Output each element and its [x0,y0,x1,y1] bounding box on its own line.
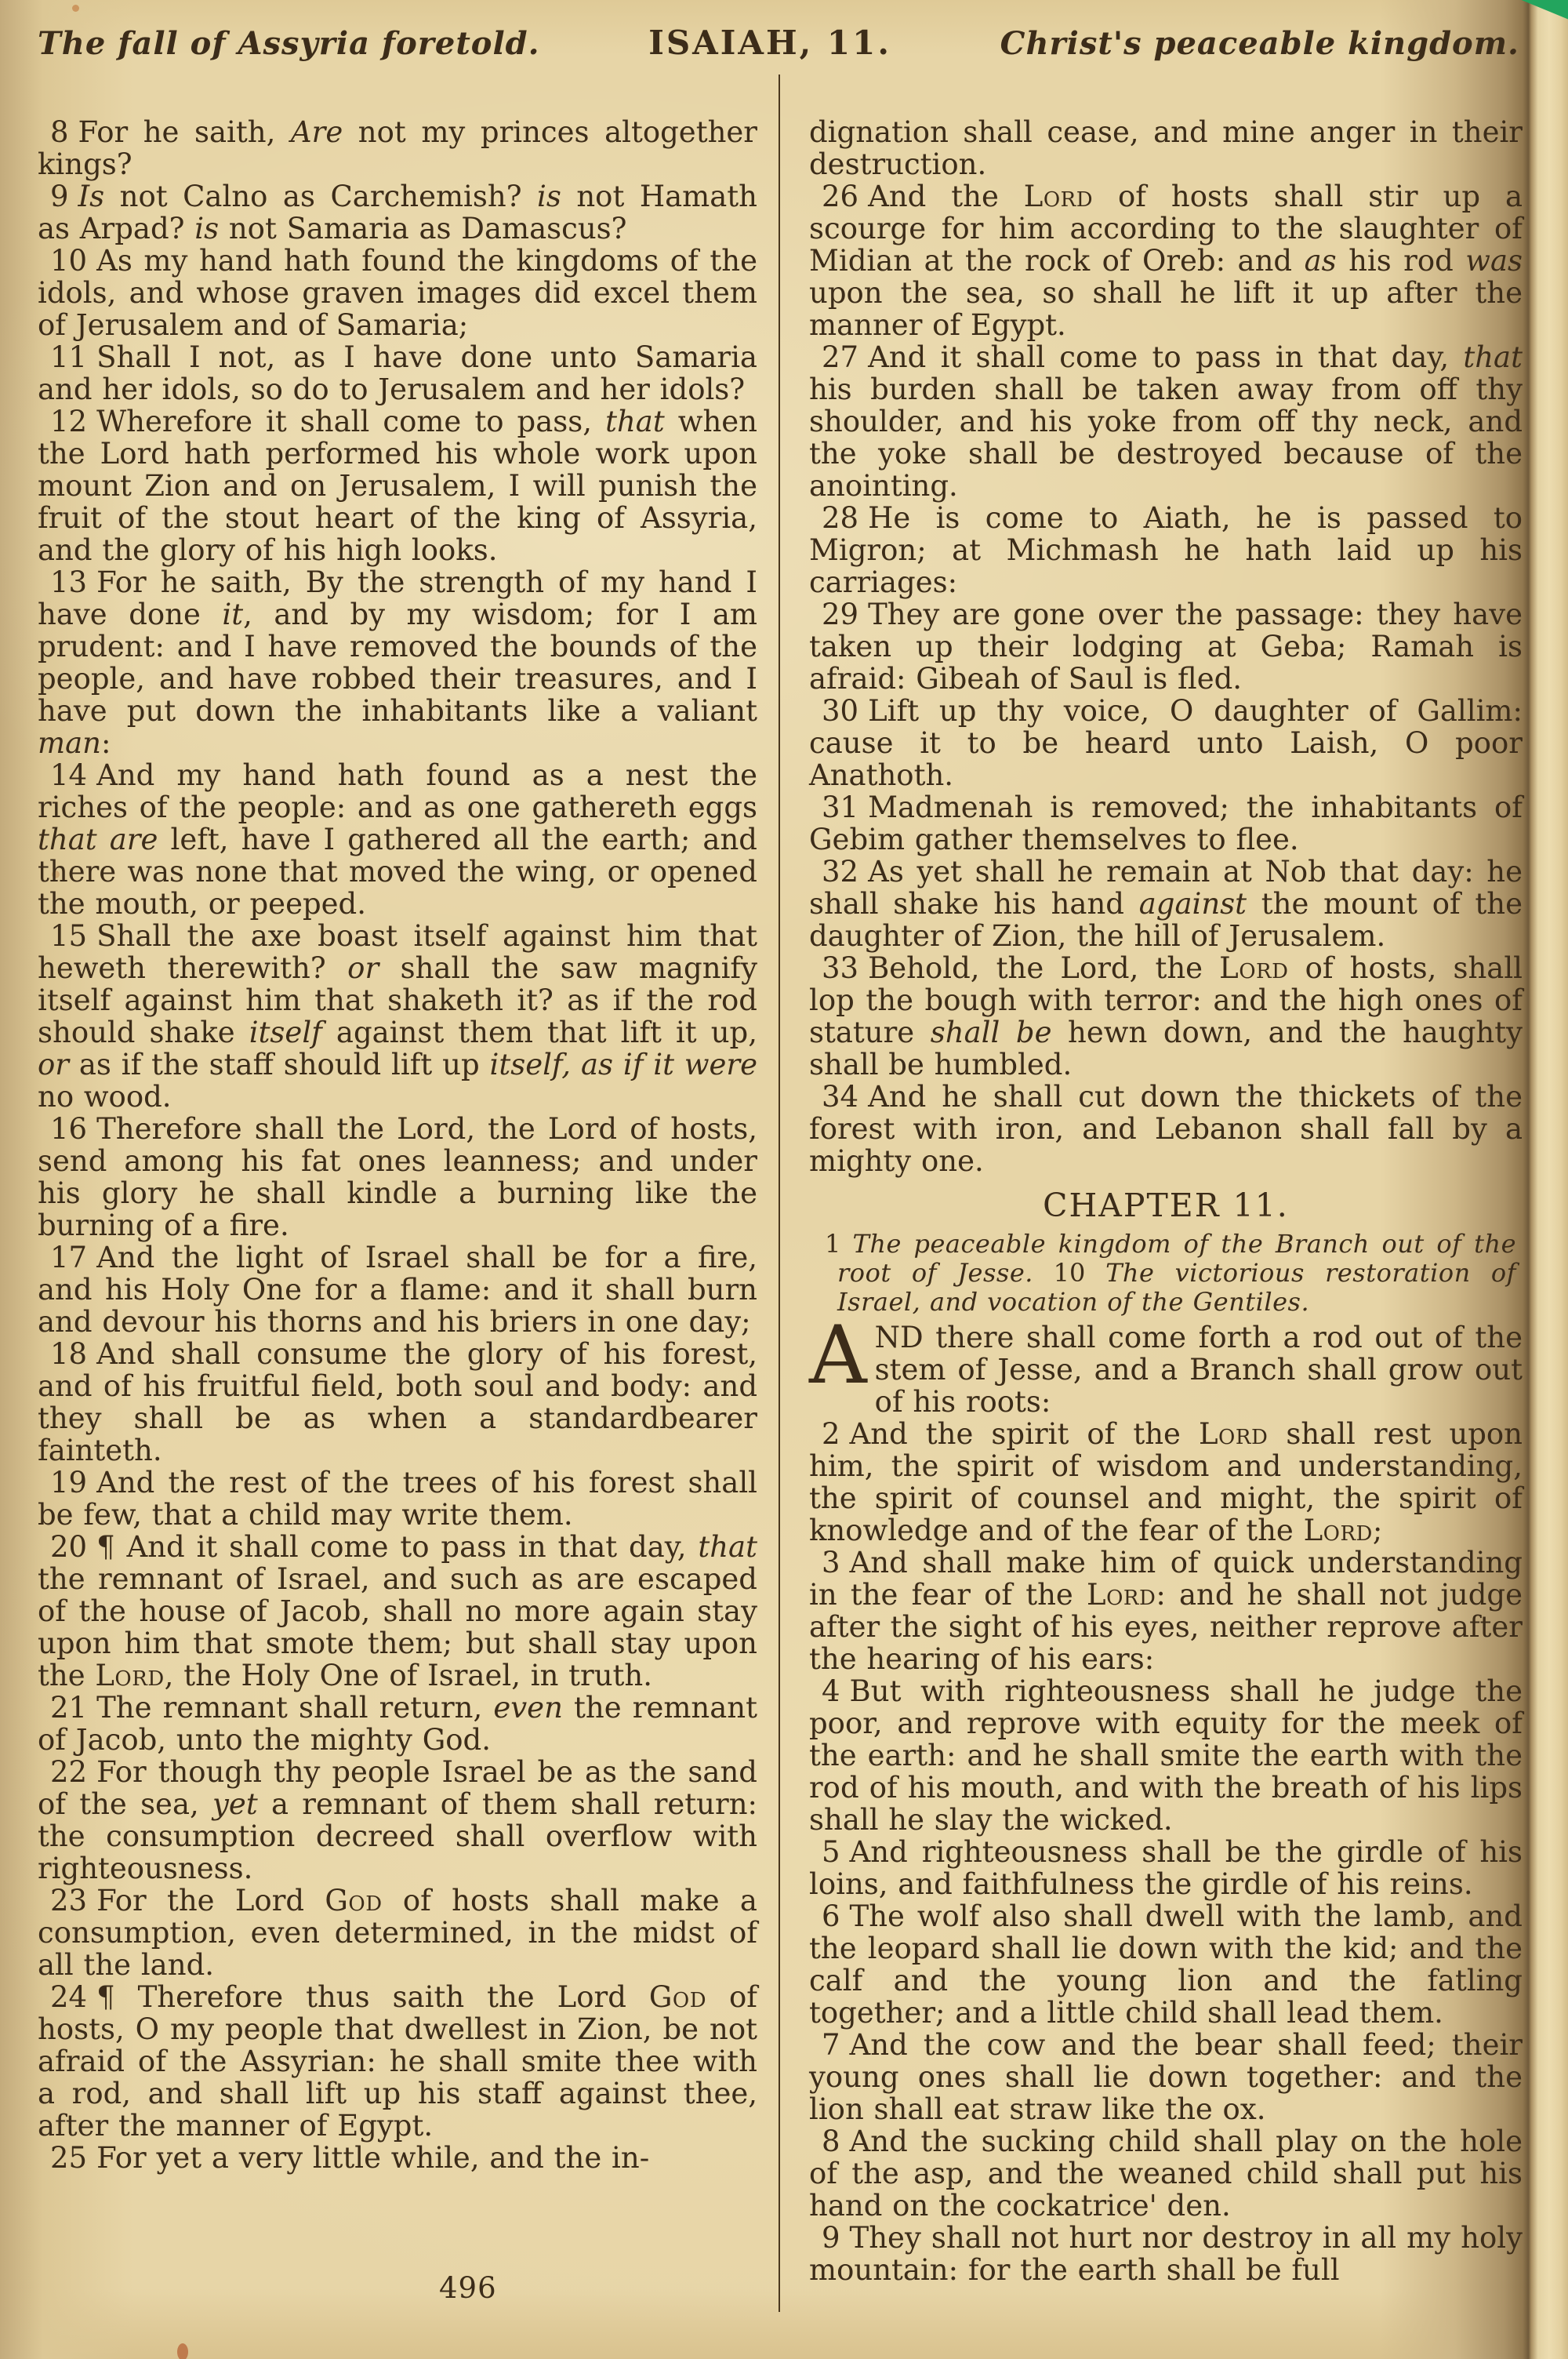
verse-number: 3 [822,1546,840,1579]
verse-text: The remnant shall return, even the remna… [38,1691,757,1757]
verse: 8And the sucking child shall play on the… [809,2125,1523,2222]
verse-number: 10 [50,244,87,278]
verse-number: 13 [50,565,87,599]
verse-text: And shall consume the glory of his fores… [38,1337,757,1467]
verse-number: 5 [822,1835,840,1869]
verse: 13For he saith, By the strength of my ha… [38,566,757,759]
verse-text: And it shall come to pass in that day, t… [809,340,1523,503]
verse: AND there shall come forth a rod out of … [809,1321,1523,1418]
left-text-column: 8For he saith, Are not my princes altoge… [38,116,757,2174]
verse: 12Wherefore it shall come to pass, that … [38,405,757,566]
verse: 2And the spirit of the Lord shall rest u… [809,1418,1523,1547]
verse-text: The wolf also shall dwell with the lamb,… [809,1899,1523,2030]
verse-text: And the cow and the bear shall feed; the… [809,2028,1523,2126]
verse-text: ¶ Therefore thus saith the Lord God of h… [38,1980,757,2143]
verse-text: But with righteousness shall he judge th… [809,1674,1523,1837]
verse: 8For he saith, Are not my princes altoge… [38,116,757,180]
verse: 24¶ Therefore thus saith the Lord God of… [38,1981,757,2142]
verse: 29They are gone over the passage: they h… [809,598,1523,695]
verse-number: 27 [822,340,858,374]
verse-text: Wherefore it shall come to pass, that wh… [38,405,757,567]
verse-number: 32 [822,855,858,889]
verse-text: CHAPTER 11. [1043,1187,1289,1224]
verse-text: Lift up thy voice, O daughter of Gallim:… [809,694,1523,792]
verse-text: Therefore shall the Lord, the Lord of ho… [38,1112,757,1242]
verse: 16Therefore shall the Lord, the Lord of … [38,1113,757,1241]
verse-text: And shall make him of quick understandin… [809,1546,1523,1676]
verse-number: 4 [822,1674,840,1708]
verse-text: Shall I not, as I have done unto Samaria… [38,340,757,406]
verse-text: And the rest of the trees of his forest … [38,1466,757,1532]
verse: 15Shall the axe boast itself against him… [38,920,757,1113]
verse-text: And he shall cut down the thickets of th… [809,1080,1523,1178]
verse-number: 9 [50,180,69,213]
verse: 11Shall I not, as I have done unto Samar… [38,341,757,405]
verse-text: They shall not hurt nor destroy in all m… [809,2221,1523,2287]
verse-text: Behold, the Lord, the Lord of hosts, sha… [809,951,1523,1081]
verse-text: Is not Calno as Carchemish? is not Hamat… [38,180,757,245]
verse: 27And it shall come to pass in that day,… [809,341,1523,502]
verse: 26And the Lord of hosts shall stir up a … [809,180,1523,341]
verse: 9Is not Calno as Carchemish? is not Hama… [38,180,757,245]
verse-number: 9 [822,2221,840,2255]
verse-number: 11 [50,340,87,374]
verse-number: 15 [50,919,87,953]
verse: dignation shall cease, and mine anger in… [809,116,1523,180]
verse: 19And the rest of the trees of his fores… [38,1467,757,1531]
verse: 14And my hand hath found as a nest the r… [38,759,757,920]
page-speck [72,5,79,12]
right-text-column: dignation shall cease, and mine anger in… [809,116,1523,2286]
verse: 25For yet a very little while, and the i… [38,2142,757,2174]
verse-number: 12 [50,405,87,438]
verse-text: For he saith, By the strength of my hand… [38,565,757,760]
verse: 18And shall consume the glory of his for… [38,1338,757,1467]
verse-text: They are gone over the passage: they hav… [809,598,1523,696]
running-head-left: The fall of Assyria foretold. [38,25,540,62]
verse-text: dignation shall cease, and mine anger in… [809,115,1523,181]
verse-text: And the sucking child shall play on the … [809,2125,1523,2223]
running-head-right: Christ's peaceable kingdom. [1000,25,1519,62]
verse: 31Madmenah is removed; the inhabitants o… [809,791,1523,856]
verse-number: 16 [50,1112,87,1146]
verse-text: Shall the axe boast itself against him t… [38,919,757,1114]
verse: 30Lift up thy voice, O daughter of Galli… [809,695,1523,791]
verse: 32As yet shall he remain at Nob that day… [809,856,1523,952]
drop-cap: A [809,1325,867,1387]
page-heading-book-chapter: ISAIAH, 11. [648,24,891,62]
verse-number: 8 [822,2125,840,2158]
verse: 34And he shall cut down the thickets of … [809,1081,1523,1177]
verse-number: 33 [822,951,858,985]
verse-text: For the Lord God of hosts shall make a c… [38,1884,757,1982]
verse: 1 The peaceable kingdom of the Branch ou… [809,1230,1523,1317]
verse-text: As my hand hath found the kingdoms of th… [38,244,757,342]
verse-number: 23 [50,1884,87,1917]
verse-number: 26 [822,180,858,213]
verse-text: ND there shall come forth a rod out of t… [875,1321,1523,1419]
column-divider-rule [779,75,780,2312]
verse-number: 25 [50,2141,87,2175]
verse: 6The wolf also shall dwell with the lamb… [809,1900,1523,2029]
verse-number: 2 [822,1417,840,1451]
verse-number: 20 [50,1530,87,1564]
verse-number: 34 [822,1080,858,1114]
verse-number: 22 [50,1755,87,1789]
verse-number: 31 [822,791,858,824]
verse: 23For the Lord God of hosts shall make a… [38,1885,757,1981]
verse-text: As yet shall he remain at Nob that day: … [809,855,1523,953]
verse: 4But with righteousness shall he judge t… [809,1675,1523,1836]
verse-number: 28 [822,501,858,535]
verse: 21The remnant shall return, even the rem… [38,1692,757,1756]
verse-number: 6 [822,1899,840,1933]
verse: 22For though thy people Israel be as the… [38,1756,757,1885]
verse-text: Madmenah is removed; the inhabitants of … [809,791,1523,856]
verse: 3And shall make him of quick understandi… [809,1547,1523,1675]
verse-number: 30 [822,694,858,728]
verse-number: 8 [50,115,69,149]
verse-text: And the Lord of hosts shall stir up a sc… [809,180,1523,342]
verse: 9They shall not hurt nor destroy in all … [809,2222,1523,2286]
page-number: 496 [439,2271,497,2305]
verse: 33Behold, the Lord, the Lord of hosts, s… [809,952,1523,1081]
verse: 5And righteousness shall be the girdle o… [809,1836,1523,1900]
page-speck [177,2343,188,2359]
verse-text: For though thy people Israel be as the s… [38,1755,757,1885]
verse-number: 7 [822,2028,840,2062]
verse-number: 24 [50,1980,87,2014]
verse-text: He is come to Aiath, he is passed to Mig… [809,501,1523,599]
verse-number: 21 [50,1691,87,1725]
verse-text: And the spirit of the Lord shall rest up… [809,1417,1523,1547]
verse-text: ¶ And it shall come to pass in that day,… [38,1530,757,1692]
running-header: The fall of Assyria foretold. ISAIAH, 11… [38,24,1519,69]
verse: CHAPTER 11. [809,1190,1523,1222]
verse-text: For yet a very little while, and the in- [96,2141,649,2175]
verse-text: 1 The peaceable kingdom of the Branch ou… [825,1229,1516,1317]
verse-text: And righteousness shall be the girdle of… [809,1835,1523,1901]
verse-number: 17 [50,1241,87,1274]
verse: 7And the cow and the bear shall feed; th… [809,2029,1523,2125]
bible-page-scan: The fall of Assyria foretold. ISAIAH, 11… [0,0,1568,2359]
verse: 10As my hand hath found the kingdoms of … [38,245,757,341]
verse-text: And the light of Israel shall be for a f… [38,1241,757,1339]
verse: 28He is come to Aiath, he is passed to M… [809,502,1523,598]
verse-number: 29 [822,598,858,631]
verse-text: For he saith, Are not my princes altoget… [38,115,757,181]
verse-number: 14 [50,758,87,792]
verse-number: 19 [50,1466,87,1499]
verse-text: And my hand hath found as a nest the ric… [38,758,757,921]
verse: 20¶ And it shall come to pass in that da… [38,1531,757,1692]
verse-number: 18 [50,1337,87,1371]
verse: 17And the light of Israel shall be for a… [38,1241,757,1338]
